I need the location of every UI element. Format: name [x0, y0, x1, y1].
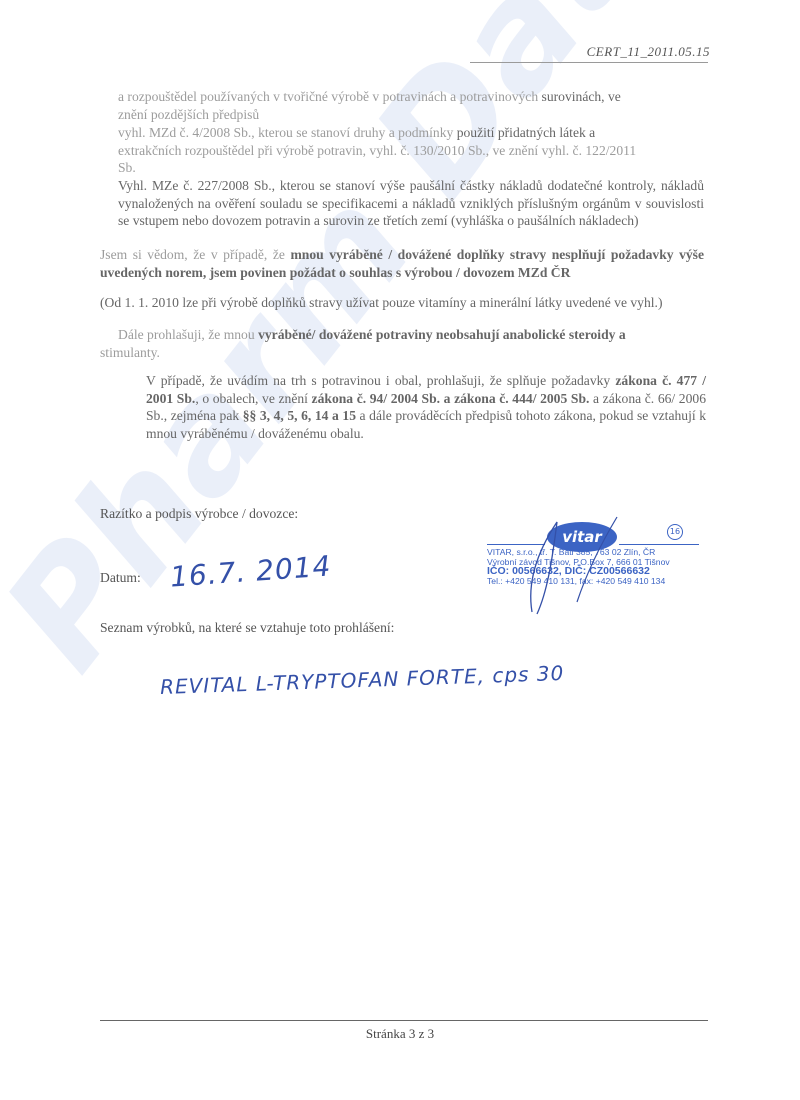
signature-icon [507, 502, 627, 622]
paragraph-5: (Od 1. 1. 2010 lze při výrobě doplňků st… [100, 294, 710, 312]
paragraph-7: V případě, že uvádím na trh s potravinou… [146, 372, 706, 442]
footer-divider [100, 1020, 708, 1021]
stamp-signature-label: Razítko a podpis výrobce / dovozce: [100, 506, 298, 522]
paragraph-1: a rozpouštědel používaných v tvořičné vý… [118, 88, 704, 123]
paragraph-6: Dále prohlašuji, že mnou vyráběné/ dováž… [118, 326, 704, 361]
product-list-label: Seznam výrobků, na které se vztahuje tot… [100, 620, 394, 636]
registration-number: 16 [667, 524, 683, 540]
paragraph-2: vyhl. MZd č. 4/2008 Sb., kterou se stano… [118, 124, 704, 177]
paragraph-4: Jsem si vědom, že v případě, že mnou vyr… [100, 246, 704, 281]
date-label: Datum: [100, 570, 141, 586]
paragraph-3: Vyhl. MZe č. 227/2008 Sb., kterou se sta… [118, 177, 704, 230]
header-divider [470, 62, 708, 63]
document-code: CERT_11_2011.05.15 [587, 44, 710, 60]
date-value: 16.7. 2014 [169, 549, 332, 593]
product-name-handwritten: REVITAL L-TRYPTOFAN FORTE, cps 30 [160, 661, 565, 699]
page-number: Stránka 3 z 3 [0, 1026, 800, 1042]
